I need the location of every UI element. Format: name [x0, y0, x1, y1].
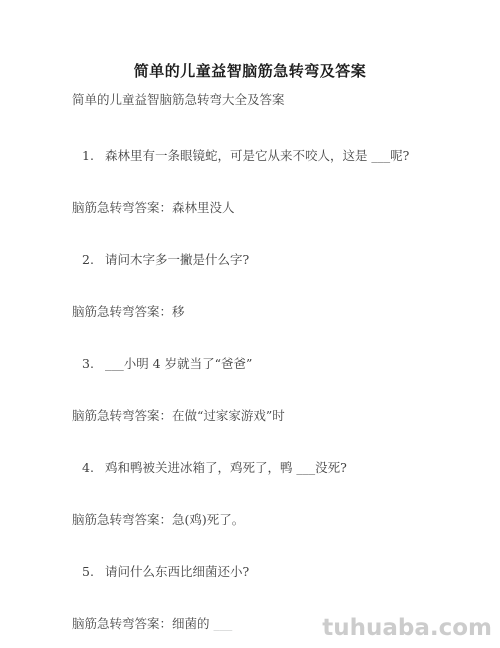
- answer-text: 移: [172, 304, 185, 319]
- question-number: 1.: [82, 148, 94, 164]
- answer-text: 森林里没人: [172, 200, 235, 215]
- answer-text: 急(鸡)死了。: [172, 512, 244, 527]
- answer-line: 脑筋急转弯答案：森林里没人: [72, 200, 480, 216]
- question-line: 5.请问什么东西比细菌还小?: [82, 564, 480, 580]
- answer-prefix: 脑筋急转弯答案：: [72, 616, 172, 631]
- page-title: 简单的儿童益智脑筋急转弯及答案: [0, 63, 500, 79]
- question-number: 5.: [82, 564, 94, 580]
- question-text: 请问什么东西比细菌还小?: [105, 564, 249, 579]
- question-line: 3.___小明 4 岁就当了“爸爸”: [82, 356, 480, 372]
- answer-text: 细菌的: [172, 616, 210, 631]
- question-number: 2.: [82, 252, 94, 268]
- question-number: 4.: [82, 460, 94, 476]
- answer-prefix: 脑筋急转弯答案：: [72, 512, 172, 527]
- question-text: ___小明 4 岁就当了“爸爸”: [105, 356, 252, 371]
- answer-prefix: 脑筋急转弯答案：: [72, 304, 172, 319]
- question-text: 森林里有一条眼镜蛇，可是它从来不咬人，这是 ___呢?: [105, 148, 409, 163]
- question-number: 3.: [82, 356, 94, 372]
- document-page: 简单的儿童益智脑筋急转弯及答案 简单的儿童益智脑筋急转弯大全及答案 1.森林里有…: [0, 0, 500, 648]
- question-line: 4.鸡和鸭被关进冰箱了，鸡死了，鸭 ___没死?: [82, 460, 480, 476]
- question-text: 鸡和鸭被关进冰箱了，鸡死了，鸭 ___没死?: [105, 460, 347, 475]
- answer-line: 脑筋急转弯答案：在做“过家家游戏”时: [72, 408, 480, 424]
- site-watermark: tuhuaba.com: [322, 617, 492, 640]
- answer-line: 脑筋急转弯答案：移: [72, 304, 480, 320]
- page-subtitle: 简单的儿童益智脑筋急转弯大全及答案: [72, 92, 500, 108]
- answer-text: 在做“过家家游戏”时: [172, 408, 285, 423]
- answer-blank: ___: [210, 616, 233, 631]
- question-text: 请问木字多一撇是什么字?: [105, 252, 249, 267]
- answer-prefix: 脑筋急转弯答案：: [72, 408, 172, 423]
- answer-prefix: 脑筋急转弯答案：: [72, 200, 172, 215]
- answer-line: 脑筋急转弯答案：急(鸡)死了。: [72, 512, 480, 528]
- question-line: 1.森林里有一条眼镜蛇，可是它从来不咬人，这是 ___呢?: [82, 148, 480, 164]
- document-body: 简单的儿童益智脑筋急转弯及答案 简单的儿童益智脑筋急转弯大全及答案 1.森林里有…: [0, 0, 500, 632]
- question-line: 2.请问木字多一撇是什么字?: [82, 252, 480, 268]
